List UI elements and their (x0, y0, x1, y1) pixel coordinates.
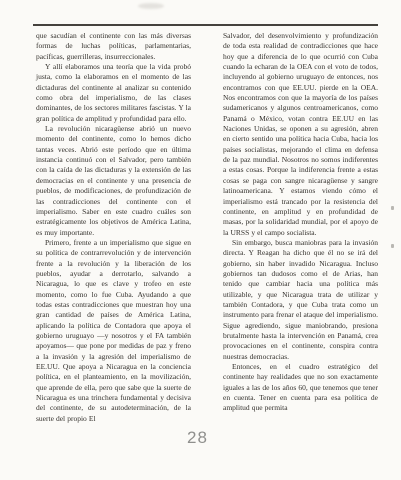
page-number: 28 (187, 428, 208, 448)
scan-smudge (138, 3, 164, 9)
left-column: que sacudían el continente con las más d… (36, 31, 191, 424)
paragraph: que sacudían el continente con las más d… (36, 31, 191, 62)
scan-artifact (391, 206, 394, 210)
paragraph: La revolución nicaragüense abrió un nuev… (36, 124, 191, 238)
right-column: Salvador, del desenvolvimiento y profund… (223, 31, 378, 424)
paragraph: Y allí elaboramos una teoría que la vida… (36, 62, 191, 124)
paragraph: Sin embargo, busca maniobras para la inv… (223, 238, 378, 362)
paragraph: Salvador, del desenvolvimiento y profund… (223, 31, 378, 238)
paragraph: Primero, frente a un imperialismo que si… (36, 238, 191, 424)
text-columns: que sacudían el continente con las más d… (36, 31, 378, 424)
header-rule (33, 24, 378, 26)
book-page: que sacudían el continente con las más d… (0, 0, 401, 480)
scan-artifact (391, 244, 394, 248)
paragraph: Entonces, en el cuadro estratégico del c… (223, 362, 378, 414)
